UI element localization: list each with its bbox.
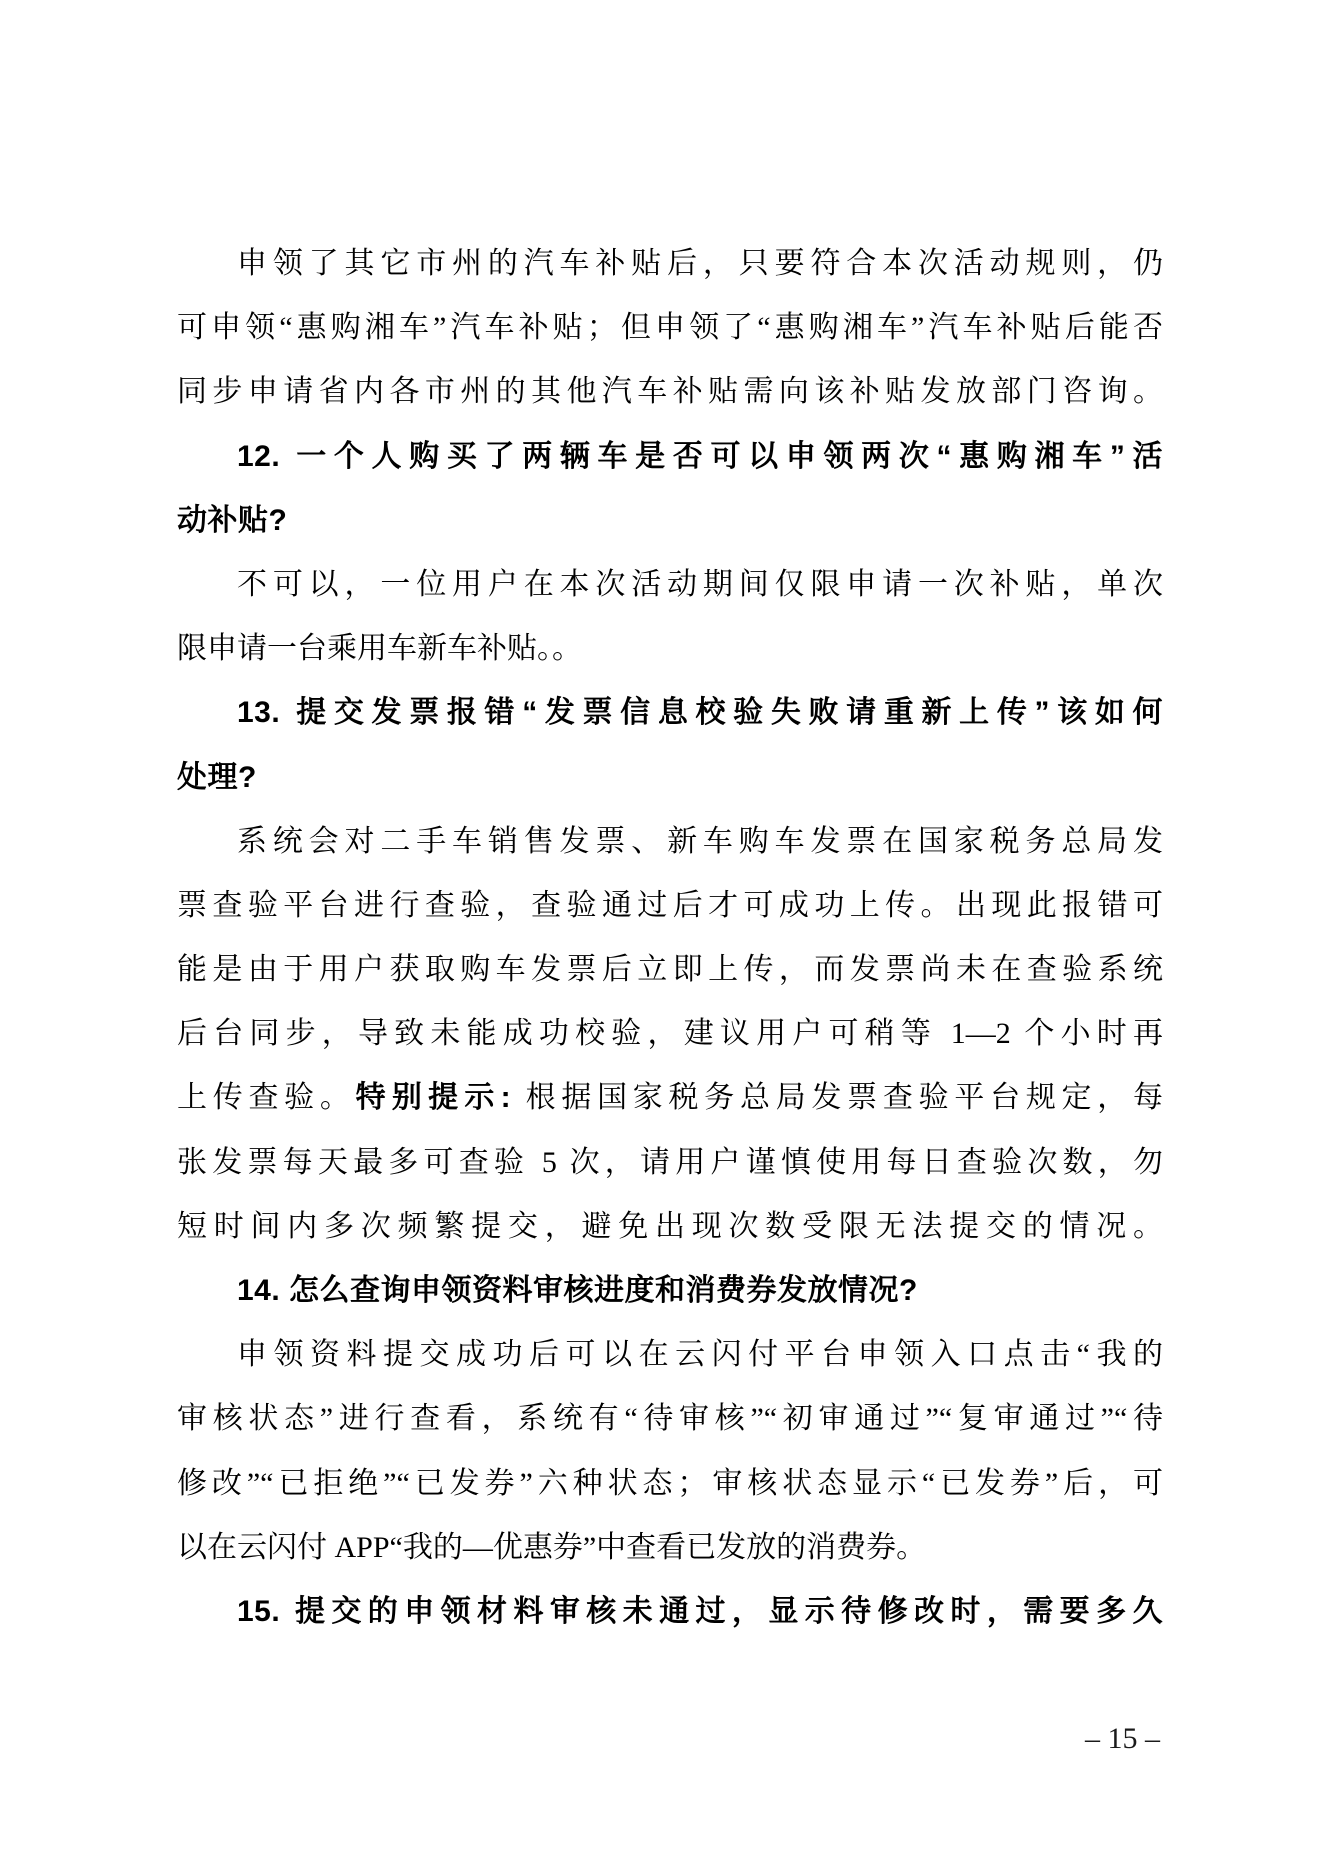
text-run: 根据国家税务总局发票查验平台规定，每 — [526, 1081, 1163, 1114]
bold-text-run: 处理? — [177, 761, 257, 794]
text-run: 申领了其它市州的汽车补贴后，只要符合本次活动规则，仍 — [237, 247, 1163, 280]
text-line: 12. 一个人购买了两辆车是否可以申领两次“惠购湘车”活 — [177, 425, 1163, 489]
text-line: 可申领“惠购湘车”汽车补贴；但申领了“惠购湘车”汽车补贴后能否 — [177, 296, 1163, 360]
bold-text-run: 13. 提交发票报错“发票信息校验失败请重新上传”该如何 — [237, 696, 1163, 729]
text-run: 张发票每天最多可查验 5 次，请用户谨慎使用每日查验次数，勿 — [177, 1146, 1163, 1179]
text-line: 不可以，一位用户在本次活动期间仅限申请一次补贴，单次 — [177, 553, 1163, 617]
bold-text-run: 12. 一个人购买了两辆车是否可以申领两次“惠购湘车”活 — [237, 440, 1163, 473]
text-line: 限申请一台乘用车新车补贴。。 — [177, 617, 1163, 681]
text-run: 票查验平台进行查验，查验通过后才可成功上传。出现此报错可 — [177, 889, 1163, 922]
document-body: 申领了其它市州的汽车补贴后，只要符合本次活动规则，仍可申领“惠购湘车”汽车补贴；… — [177, 232, 1163, 1644]
text-run: 可申领“惠购湘车”汽车补贴；但申领了“惠购湘车”汽车补贴后能否 — [177, 311, 1163, 344]
text-line: 14. 怎么查询申领资料审核进度和消费券发放情况? — [177, 1259, 1163, 1323]
text-run: 能是由于用户获取购车发票后立即上传，而发票尚未在查验系统 — [177, 953, 1163, 986]
text-line: 票查验平台进行查验，查验通过后才可成功上传。出现此报错可 — [177, 874, 1163, 938]
document-page: 申领了其它市州的汽车补贴后，只要符合本次活动规则，仍可申领“惠购湘车”汽车补贴；… — [0, 0, 1323, 1871]
text-line: 以在云闪付 APP“我的—优惠券”中查看已发放的消费券。 — [177, 1516, 1163, 1580]
text-run: 申领资料提交成功后可以在云闪付平台申领入口点击“我的 — [237, 1338, 1163, 1371]
text-line: 修改”“已拒绝”“已发券”六种状态；审核状态显示“已发券”后，可 — [177, 1452, 1163, 1516]
text-line: 处理? — [177, 746, 1163, 810]
text-line: 申领了其它市州的汽车补贴后，只要符合本次活动规则，仍 — [177, 232, 1163, 296]
bold-text-run: 14. 怎么查询申领资料审核进度和消费券发放情况? — [237, 1274, 918, 1307]
text-run: 不可以，一位用户在本次活动期间仅限申请一次补贴，单次 — [237, 568, 1163, 601]
text-run: 上传查验。 — [177, 1081, 356, 1114]
text-run: 短时间内多次频繁提交，避免出现次数受限无法提交的情况。 — [177, 1210, 1163, 1243]
text-run: 后台同步，导致未能成功校验，建议用户可稍等 1—2 个小时再 — [177, 1017, 1163, 1050]
text-line: 申领资料提交成功后可以在云闪付平台申领入口点击“我的 — [177, 1323, 1163, 1387]
text-line: 13. 提交发票报错“发票信息校验失败请重新上传”该如何 — [177, 681, 1163, 745]
text-line: 上传查验。特别提示: 根据国家税务总局发票查验平台规定，每 — [177, 1066, 1163, 1130]
text-run: 同步申请省内各市州的其他汽车补贴需向该补贴发放部门咨询。 — [177, 375, 1163, 408]
text-run: 以在云闪付 APP“我的—优惠券”中查看已发放的消费券。 — [177, 1531, 926, 1564]
text-run: 限申请一台乘用车新车补贴。。 — [177, 632, 582, 665]
text-line: 张发票每天最多可查验 5 次，请用户谨慎使用每日查验次数，勿 — [177, 1131, 1163, 1195]
text-line: 能是由于用户获取购车发票后立即上传，而发票尚未在查验系统 — [177, 938, 1163, 1002]
bold-text-run: 15. 提交的申领材料审核未通过，显示待修改时，需要多久 — [237, 1595, 1163, 1628]
text-line: 短时间内多次频繁提交，避免出现次数受限无法提交的情况。 — [177, 1195, 1163, 1259]
text-line: 系统会对二手车销售发票、新车购车发票在国家税务总局发 — [177, 810, 1163, 874]
page-number: – 15 – — [1085, 1722, 1160, 1756]
bold-text-run: 动补贴? — [177, 504, 287, 537]
text-run: 系统会对二手车销售发票、新车购车发票在国家税务总局发 — [237, 825, 1163, 858]
text-line: 动补贴? — [177, 489, 1163, 553]
text-run: 审核状态”进行查看，系统有“待审核”“初审通过”“复审通过”“待 — [177, 1402, 1163, 1435]
bold-text-run: 特别提示: — [356, 1081, 526, 1114]
text-line: 15. 提交的申领材料审核未通过，显示待修改时，需要多久 — [177, 1580, 1163, 1644]
text-line: 同步申请省内各市州的其他汽车补贴需向该补贴发放部门咨询。 — [177, 360, 1163, 424]
text-line: 后台同步，导致未能成功校验，建议用户可稍等 1—2 个小时再 — [177, 1002, 1163, 1066]
text-line: 审核状态”进行查看，系统有“待审核”“初审通过”“复审通过”“待 — [177, 1387, 1163, 1451]
text-run: 修改”“已拒绝”“已发券”六种状态；审核状态显示“已发券”后，可 — [177, 1467, 1163, 1500]
